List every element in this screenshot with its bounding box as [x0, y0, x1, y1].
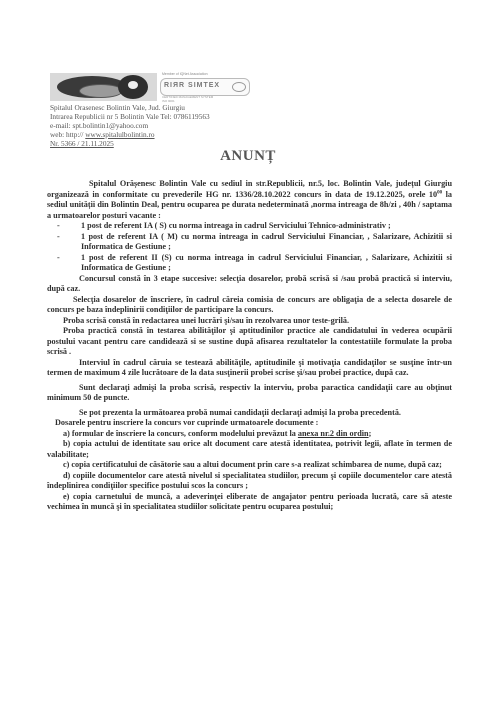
hospital-logo: [50, 73, 157, 101]
annex-link[interactable]: anexa nr.2 din ordin: [298, 429, 369, 438]
iqnet-circle-icon: [232, 82, 246, 92]
certification-name: RIЯR SIMTEX: [164, 82, 220, 89]
document-item-d: d) copiile documentelor care atestă nive…: [47, 471, 452, 492]
emblem-inner-icon: [79, 84, 123, 98]
document-item-a: a) formular de înscriere la concurs, con…: [47, 429, 452, 440]
intro-text-1: Spitalul Orășenesc Bolintin Vale cu sedi…: [47, 179, 452, 199]
doc-a-text: a) formular de înscriere la concurs, con…: [63, 429, 298, 438]
address-block: Spitalul Orasenesc Bolintin Vale, Jud. G…: [50, 103, 210, 148]
document-item-b: b) copia actului de identitate sau orice…: [47, 439, 452, 460]
certification-bottom-text: CERTIFIED MANAGEMENT SYSTEM ISO 9001: [162, 96, 213, 103]
certification-box: RIЯR SIMTEX: [160, 78, 250, 96]
website-link[interactable]: www.spitalulbolintin.ro: [85, 130, 154, 139]
address-line-email: e-mail: spt.bolintin1@yahoo.com: [50, 121, 210, 130]
position-text: 1 post de referent IA ( S) cu norma intr…: [81, 221, 391, 230]
certification-logo: Member of IQNet Association RIЯR SIMTEX …: [160, 72, 250, 104]
position-item: -1 post de referent II (S) cu norma intr…: [47, 253, 452, 274]
list-dash: -: [57, 221, 60, 232]
document-page: Member of IQNet Association RIЯR SIMTEX …: [0, 0, 496, 702]
intro-paragraph: Spitalul Orășenesc Bolintin Vale cu sedi…: [47, 179, 452, 221]
address-line-hospital: Spitalul Orasenesc Bolintin Vale, Jud. G…: [50, 103, 210, 112]
paragraph-interviu: Interviul în cadrul căruia se testează a…: [47, 358, 452, 379]
document-item-c: c) copia certificatului de căsătorie sau…: [47, 460, 452, 471]
paragraph-proba-practica: Proba practică constă în testarea abilit…: [47, 326, 452, 358]
position-text: 1 post de referent II (S) cu norma intre…: [81, 253, 452, 273]
paragraph-proba-scrisa: Proba scrisă constă în redactarea unei l…: [47, 316, 452, 327]
positions-list: -1 post de referent IA ( S) cu norma int…: [47, 221, 452, 274]
paragraph-prezenta: Se pot prezenta la următoarea probă numa…: [47, 408, 452, 419]
certification-top-text: Member of IQNet Association: [162, 72, 208, 76]
position-text: 1 post de referent IA ( M) cu norma intr…: [81, 232, 452, 252]
oval-emblem-icon: [57, 76, 127, 98]
position-item: -1 post de referent IA ( S) cu norma int…: [47, 221, 452, 232]
list-dash: -: [57, 253, 60, 264]
position-item: -1 post de referent IA ( M) cu norma int…: [47, 232, 452, 253]
list-dash: -: [57, 232, 60, 243]
address-line-web: web: http:// www.spitalulbolintin.ro: [50, 130, 210, 139]
web-prefix: web: http://: [50, 130, 85, 139]
paragraph-admisi: Sunt declaraţi admişi la proba scrisă, r…: [47, 383, 452, 404]
paragraph-concurs: Concursul constă în 3 etape succesive: s…: [47, 274, 452, 295]
document-item-e: e) copia carnetului de muncă, a adeverin…: [47, 492, 452, 513]
registration-number: Nr. 5366 / 21.11.2025: [50, 139, 210, 148]
doc-a-suffix: ;: [369, 429, 372, 438]
address-line-street: Intrarea Republicii nr 5 Bolintin Vale T…: [50, 112, 210, 121]
page-title: ANUNȚ: [0, 148, 496, 165]
announcement-body: Spitalul Orășenesc Bolintin Vale cu sedi…: [47, 179, 452, 513]
paragraph-selectia: Selecţia dosarelor de înscriere, în cadr…: [47, 295, 452, 316]
paragraph-dosarele: Dosarele pentru inscriere la concurs vor…: [47, 418, 452, 429]
badge-icon: [128, 81, 138, 89]
